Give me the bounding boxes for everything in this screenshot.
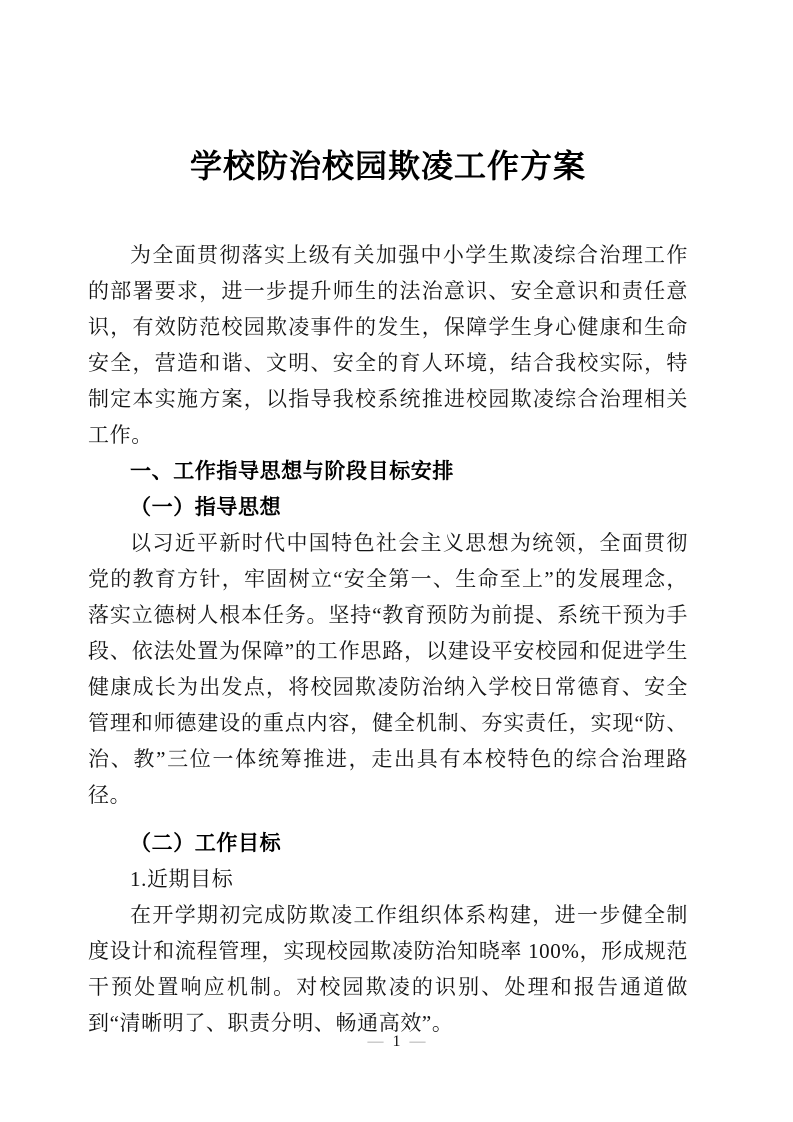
document-title: 学校防治校园欺凌工作方案 <box>88 145 688 187</box>
heading-guiding-ideology: （一）指导思想 <box>88 489 688 525</box>
heading-work-goals: （二）工作目标 <box>88 825 688 861</box>
footer-dash-left: — <box>368 1033 384 1050</box>
paragraph-intro: 为全面贯彻落实上级有关加强中小学生欺凌综合治理工作的部署要求，进一步提升师生的法… <box>88 237 688 453</box>
heading-section-one: 一、工作指导思想与阶段目标安排 <box>88 453 688 489</box>
document-content: 学校防治校园欺凌工作方案 为全面贯彻落实上级有关加强中小学生欺凌综合治理工作的部… <box>88 0 688 1041</box>
page-footer: —1— <box>0 1031 793 1053</box>
paragraph-near-term-goals: 在开学期初完成防欺凌工作组织体系构建，进一步健全制度设计和流程管理，实现校园欺凌… <box>88 897 688 1041</box>
footer-dash-right: — <box>410 1033 426 1050</box>
heading-near-term-goals: 1.近期目标 <box>88 861 688 897</box>
paragraph-guiding-ideology: 以习近平新时代中国特色社会主义思想为统领，全面贯彻党的教育方针，牢固树立“安全第… <box>88 525 688 813</box>
page-number: 1 <box>384 1033 410 1050</box>
document-page: 学校防治校园欺凌工作方案 为全面贯彻落实上级有关加强中小学生欺凌综合治理工作的部… <box>0 0 793 1122</box>
